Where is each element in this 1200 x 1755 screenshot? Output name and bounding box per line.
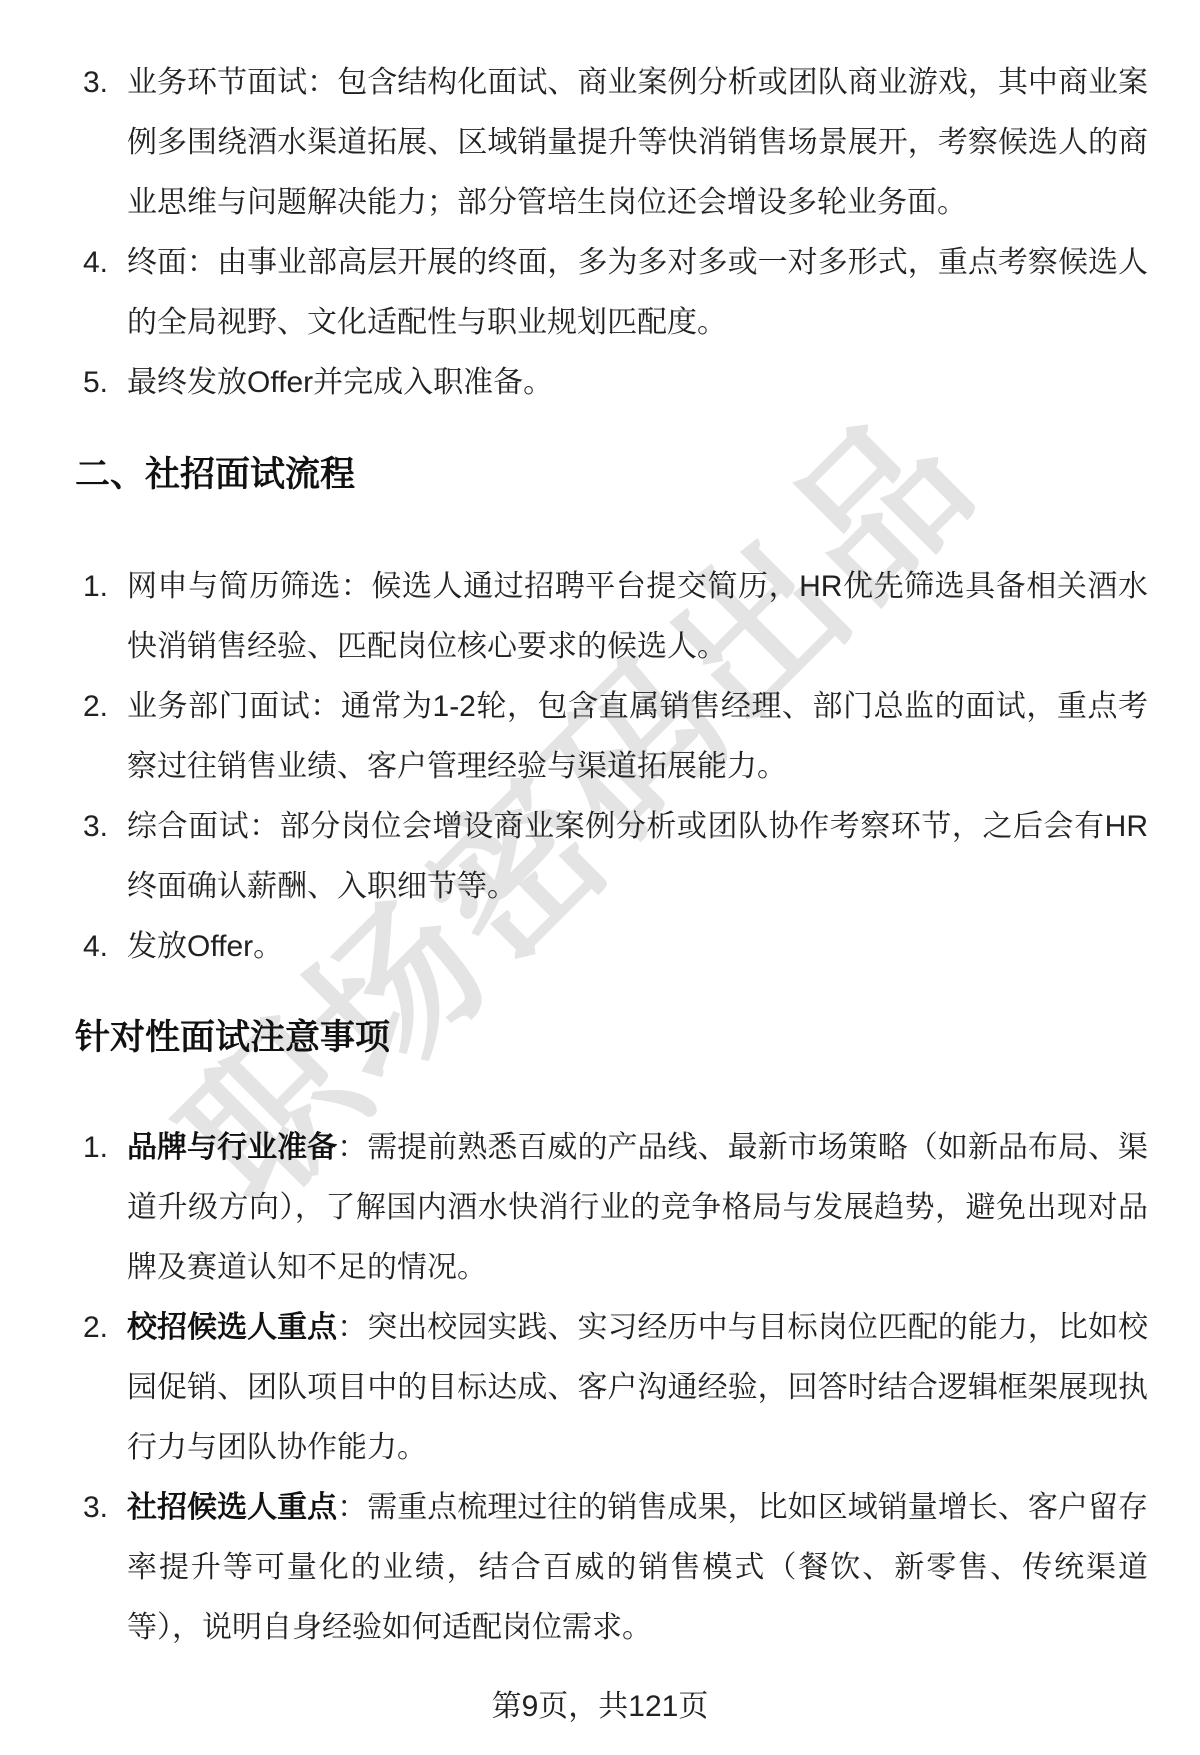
list-item: 2. 校招候选人重点：突出校园实践、实习经历中与目标岗位匹配的能力，比如校园促销… <box>127 1298 1148 1478</box>
list-item: 4. 发放Offer。 <box>127 917 1148 977</box>
list-item-number: 1. <box>83 1118 123 1178</box>
list-item: 5. 最终发放Offer并完成入职准备。 <box>127 353 1148 413</box>
section-heading-social-process: 二、社招面试流程 <box>75 450 355 500</box>
page-number-indicator: 第9页，共121页 <box>0 1677 1200 1737</box>
list-item-number: 3. <box>83 53 123 113</box>
list-item-lead: 校招候选人重点 <box>127 1311 337 1344</box>
list-item-number: 4. <box>83 917 123 977</box>
list-item-lead: 社招候选人重点 <box>127 1491 337 1524</box>
list-item-number: 5. <box>83 353 123 413</box>
list-item-number: 2. <box>83 1298 123 1358</box>
list-item-lead: 品牌与行业准备 <box>127 1131 337 1164</box>
list-item-text: 终面：由事业部高层开展的终面，多为多对多或一对多形式，重点考察候选人的全局视野、… <box>127 246 1148 339</box>
list-item-number: 3. <box>83 797 123 857</box>
numbered-list-interview-notes: 1. 品牌与行业准备：需提前熟悉百威的产品线、最新市场策略（如新品布局、渠道升级… <box>127 1118 1148 1658</box>
page-content: 3. 业务环节面试：包含结构化面试、商业案例分析或团队商业游戏，其中商业案例多围… <box>0 0 1200 1755</box>
list-item: 3. 社招候选人重点：需重点梳理过往的销售成果，比如区域销量增长、客户留存率提升… <box>127 1478 1148 1658</box>
list-item: 3. 业务环节面试：包含结构化面试、商业案例分析或团队商业游戏，其中商业案例多围… <box>127 53 1148 233</box>
list-item: 3. 综合面试：部分岗位会增设商业案例分析或团队协作考察环节，之后会有HR终面确… <box>127 797 1148 917</box>
list-item: 1. 品牌与行业准备：需提前熟悉百威的产品线、最新市场策略（如新品布局、渠道升级… <box>127 1118 1148 1298</box>
document-page: 职场密码出品 3. 业务环节面试：包含结构化面试、商业案例分析或团队商业游戏，其… <box>0 0 1200 1755</box>
list-item: 2. 业务部门面试：通常为1-2轮，包含直属销售经理、部门总监的面试，重点考察过… <box>127 677 1148 797</box>
section-heading-interview-notes: 针对性面试注意事项 <box>75 1013 390 1063</box>
numbered-list-social-process: 1. 网申与简历筛选：候选人通过招聘平台提交简历，HR优先筛选具备相关酒水快消销… <box>127 557 1148 977</box>
list-item-number: 3. <box>83 1478 123 1538</box>
list-item: 1. 网申与简历筛选：候选人通过招聘平台提交简历，HR优先筛选具备相关酒水快消销… <box>127 557 1148 677</box>
list-item-text: 最终发放Offer并完成入职准备。 <box>127 366 553 399</box>
list-item: 4. 终面：由事业部高层开展的终面，多为多对多或一对多形式，重点考察候选人的全局… <box>127 233 1148 353</box>
list-item-text: 综合面试：部分岗位会增设商业案例分析或团队协作考察环节，之后会有HR终面确认薪酬… <box>127 810 1148 903</box>
list-item-text: 业务环节面试：包含结构化面试、商业案例分析或团队商业游戏，其中商业案例多围绕酒水… <box>127 66 1148 219</box>
list-item-text: 网申与简历筛选：候选人通过招聘平台提交简历，HR优先筛选具备相关酒水快消销售经验… <box>127 570 1148 663</box>
list-item-number: 1. <box>83 557 123 617</box>
list-item-text: 业务部门面试：通常为1-2轮，包含直属销售经理、部门总监的面试，重点考察过往销售… <box>127 690 1148 783</box>
numbered-list-campus-process: 3. 业务环节面试：包含结构化面试、商业案例分析或团队商业游戏，其中商业案例多围… <box>127 53 1148 413</box>
list-item-number: 2. <box>83 677 123 737</box>
list-item-text: 发放Offer。 <box>127 930 283 963</box>
list-item-number: 4. <box>83 233 123 293</box>
